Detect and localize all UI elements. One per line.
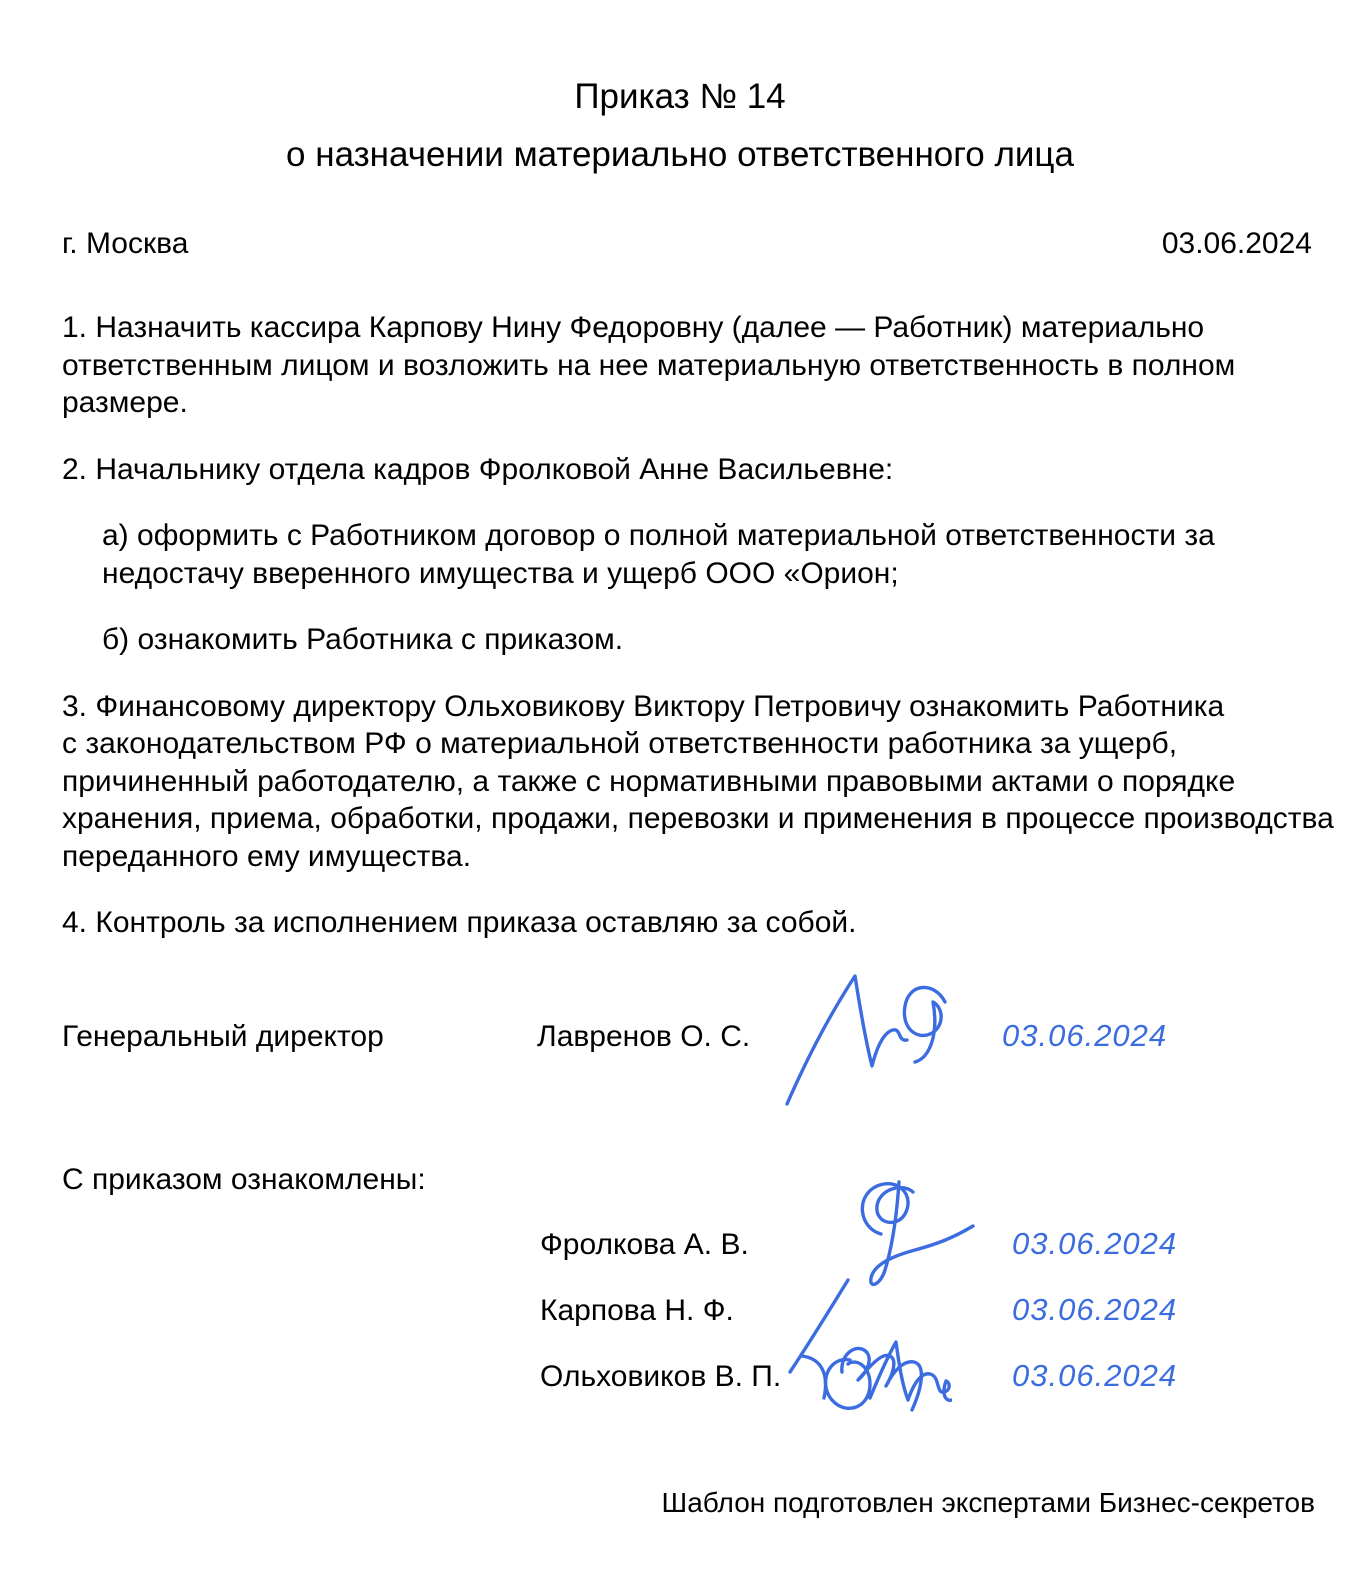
paragraph-4: 4. Контроль за исполнением приказа остав… — [62, 904, 1340, 942]
director-position-label: Генеральный директор — [62, 1020, 384, 1054]
acknowledged-date-olkhovikov: 03.06.2024 — [1012, 1359, 1177, 1393]
acknowledged-name-karpova: Карпова Н. Ф. — [540, 1294, 734, 1328]
director-signature — [775, 966, 960, 1116]
list-item-b: б) ознакомить Работника с приказом. — [102, 621, 1340, 659]
director-name: Лавренов О. С. — [537, 1020, 750, 1054]
acknowledged-date-frolkova: 03.06.2024 — [1012, 1227, 1177, 1261]
acknowledgment-label: С приказом ознакомлены: — [62, 1163, 426, 1197]
paragraph-3: 3. Финансовому директору Ольховикову Вик… — [62, 688, 1340, 876]
document-body: 1. Назначить кассира Карпову Нину Федоро… — [0, 309, 1360, 942]
olkhovikov-signature — [812, 1326, 952, 1422]
list-item-a: а) оформить с Работником договор о полно… — [102, 517, 1340, 592]
document-subtitle: о назначении материально ответственного … — [0, 136, 1360, 174]
paragraph-2: 2. Начальнику отдела кадров Фролковой Ан… — [62, 451, 1340, 489]
director-sign-date: 03.06.2024 — [1002, 1019, 1167, 1053]
document-city: г. Москва — [62, 228, 188, 260]
document-title: Приказ № 14 — [0, 0, 1360, 116]
paragraph-1: 1. Назначить кассира Карпову Нину Федоро… — [62, 309, 1340, 422]
order-document-page: Приказ № 14 о назначении материально отв… — [0, 0, 1360, 1576]
document-date: 03.06.2024 — [1162, 228, 1312, 260]
acknowledged-date-karpova: 03.06.2024 — [1012, 1293, 1177, 1327]
template-credit-footer: Шаблон подготовлен экспертами Бизнес-сек… — [662, 1488, 1315, 1518]
acknowledged-name-frolkova: Фролкова А. В. — [540, 1228, 749, 1262]
acknowledged-name-olkhovikov: Ольховиков В. П. — [540, 1360, 781, 1394]
city-date-row: г. Москва 03.06.2024 — [0, 228, 1360, 260]
